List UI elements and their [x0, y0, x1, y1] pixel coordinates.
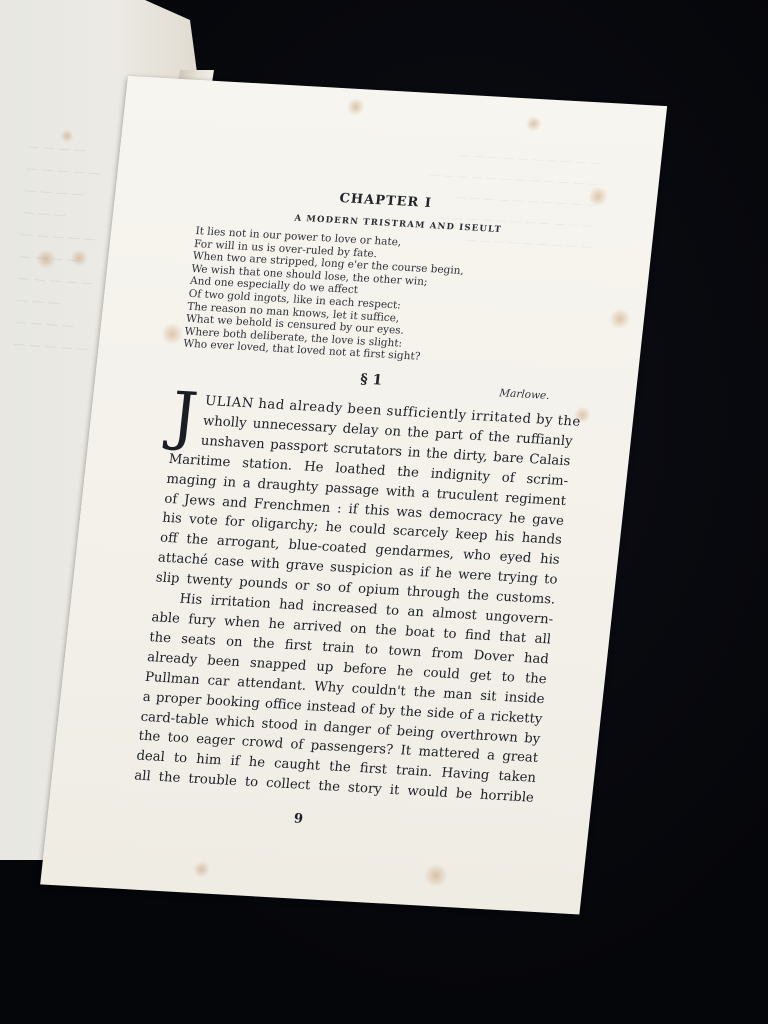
foxing-spot [159, 323, 185, 344]
foxing-spot [524, 116, 543, 131]
foxing-spot [422, 864, 450, 887]
foxing-spot [192, 861, 212, 878]
book-photo-scene: — — — — — — — — — — — — — — — — — — — — … [0, 0, 768, 1024]
right-page: — — — — — — — — — — — — — — — — — — — — … [40, 76, 667, 915]
epigraph-poem: It lies not in our power to love or hate… [183, 225, 526, 369]
epigraph-attribution: Marlowe. [499, 387, 550, 402]
foxing-spot [608, 308, 632, 329]
foxing-spot [345, 98, 367, 115]
body-paragraph: J ULIAN had already been sufficiently ir… [133, 390, 575, 809]
